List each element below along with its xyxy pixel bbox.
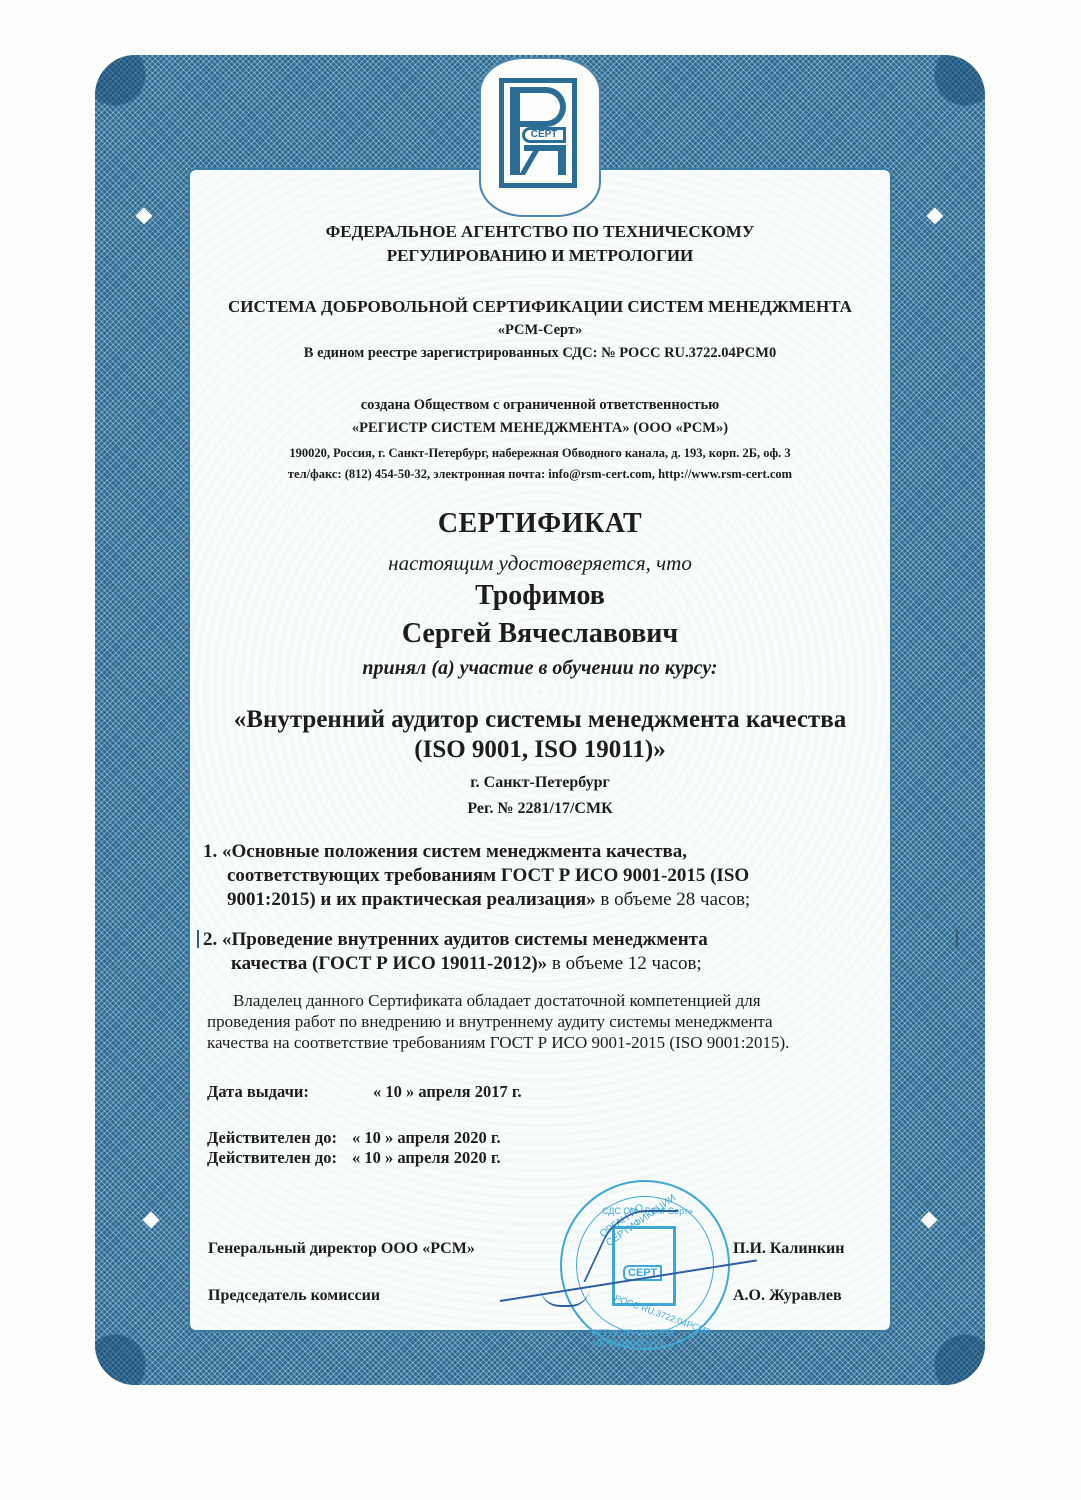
certificate-title: СЕРТИФИКАТ (190, 508, 890, 540)
module-item-2: 2. «Проведение внутренних аудитов систем… (203, 928, 903, 952)
margin-mark-left (197, 930, 199, 948)
valid-until-value: « 10 » апреля 2020 г. (352, 1128, 1052, 1148)
course-city: г. Санкт-Петербург (190, 774, 890, 792)
module-title-line: «Проведение внутренних аудитов системы м… (222, 929, 708, 950)
module-title-line: «Основные положения систем менеджмента к… (222, 841, 687, 862)
system-short-name: «РСМ-Серт» (190, 322, 890, 339)
holder-given-names: Сергей Вячеславович (190, 618, 890, 650)
issue-date-value: « 10 » апреля 2017 г. (373, 1082, 1073, 1102)
agency-line-2: РЕГУЛИРОВАНИЮ И МЕТРОЛОГИИ (190, 244, 890, 268)
course-title-line-2: (ISO 9001, ISO 19011)» (190, 736, 890, 764)
seal-bottom-text: РЕГИСТР СИСТЕМ МЕНЕДЖМЕНТА (592, 1328, 728, 1348)
rsm-cert-logo: СЕРТ (484, 62, 596, 212)
margin-mark-right (956, 930, 958, 948)
module-volume: в объеме 28 часов; (596, 889, 751, 910)
created-by: создана Обществом с ограниченной ответст… (190, 397, 890, 414)
reg-number: Рег. № 2281/17/СМК (190, 800, 890, 818)
holder-surname: Трофимов (190, 580, 890, 612)
module-item-1: 1. «Основные положения систем менеджмент… (203, 840, 903, 864)
org-contacts: тел/факс: (812) 454-50-32, электронная п… (190, 467, 890, 482)
certificate-intro: настоящим удостоверяется, что (190, 551, 890, 576)
course-title-line-1: «Внутренний аудитор системы менеджмента … (190, 706, 890, 734)
module-item-1-line-3: 9001:2015) и их практическая реализация»… (227, 888, 927, 912)
org-name: «РЕГИСТР СИСТЕМ МЕНЕДЖМЕНТА» (ООО «РСМ») (190, 420, 890, 437)
registry-number: В едином реестре зарегистрированных СДС:… (190, 345, 890, 362)
system-name: СИСТЕМА ДОБРОВОЛЬНОЙ СЕРТИФИКАЦИИ СИСТЕМ… (190, 297, 890, 317)
chair-name: А.О. Журавлев (733, 1287, 883, 1305)
module-item-1-line-2: соответствующих требованиям ГОСТ Р ИСО 9… (227, 864, 927, 888)
org-address: 190020, Россия, г. Санкт-Петербург, набе… (190, 446, 890, 461)
agency-line-1: ФЕДЕРАЛЬНОЕ АГЕНТСТВО ПО ТЕХНИЧЕСКОМУ (190, 220, 890, 244)
module-number: 2. (203, 929, 217, 950)
module-item-2-line-2: качества (ГОСТ Р ИСО 19011-2012)» в объе… (231, 952, 931, 976)
course-intro: принял (а) участие в обучении по курсу: (190, 657, 890, 680)
module-volume: в объеме 12 часов; (547, 953, 702, 974)
module-number: 1. (203, 841, 217, 862)
director-name: П.И. Калинкин (733, 1240, 883, 1258)
logo-cert-label: СЕРТ (522, 127, 566, 143)
